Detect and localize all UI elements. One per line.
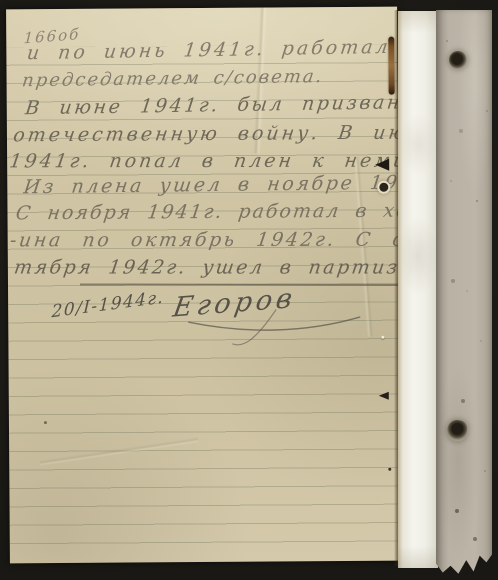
signature-flourish-icon xyxy=(184,303,364,350)
worm-hole-icon xyxy=(379,183,388,192)
handwriting-line: -ина по октябрь 1942г. С ок- xyxy=(9,229,401,252)
handwriting-line: тября 1942г. ушел в партизаны xyxy=(13,256,401,278)
speck-mark xyxy=(388,468,391,471)
scan-background: 166об и по июнь 1941г. работал председат… xyxy=(0,0,498,580)
punch-hole-top xyxy=(449,51,467,69)
handwriting-line: Из плена ушел в ноябре 1941г. xyxy=(22,171,401,198)
notch-mark-icon xyxy=(379,392,389,400)
notch-mark-icon xyxy=(375,159,389,171)
handwriting-line: председателем с/совета. xyxy=(21,66,325,91)
speck-mark xyxy=(381,336,384,339)
speck-mark xyxy=(44,421,47,424)
handwriting-line: отечественную войну. В июле xyxy=(12,121,401,146)
binding-tape xyxy=(398,11,438,568)
handwriting-line: 1941г. попал в плен к немцам xyxy=(8,150,401,173)
document-page: 166об и по июнь 1941г. работал председат… xyxy=(6,7,401,564)
board-speckles xyxy=(446,40,448,42)
punch-hole-bottom xyxy=(445,418,469,443)
binding-board xyxy=(436,10,492,576)
handwriting-line: С ноября 1941г. работал в хозя- xyxy=(14,199,400,224)
